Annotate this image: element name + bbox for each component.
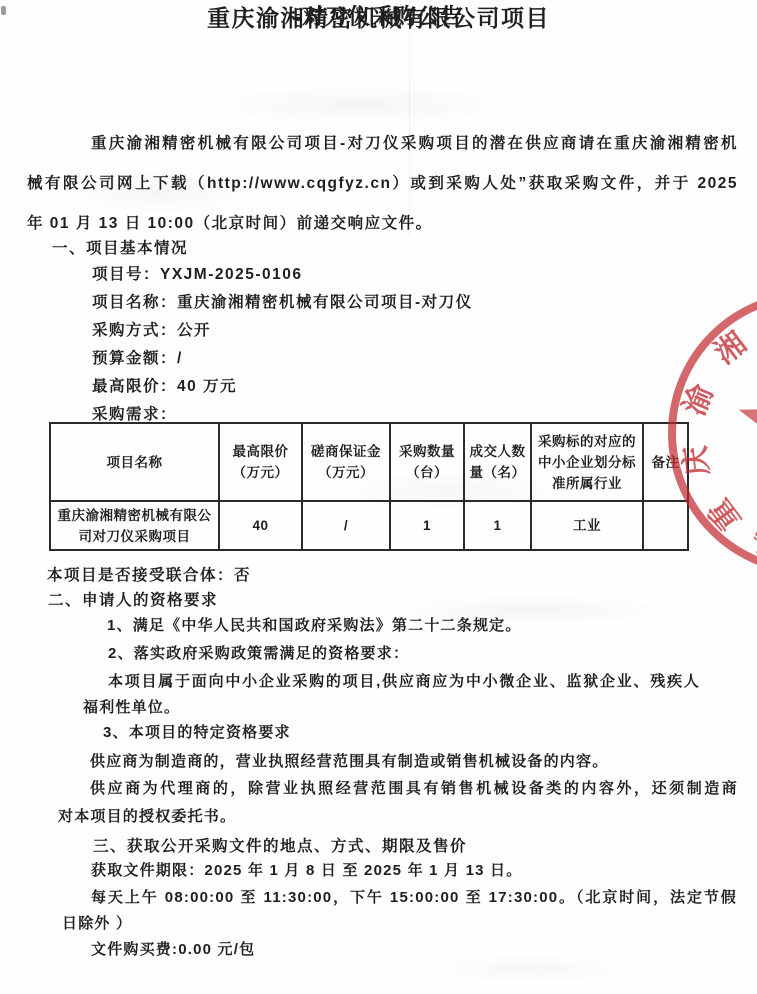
field-project-number: 项目号：YXJM-2025-0106	[92, 262, 303, 284]
col-header-remarks: 备注	[643, 423, 688, 501]
qualification-line: 3、本项目的特定资格要求	[103, 723, 291, 743]
intro-line-3: 年 01 月 13 日 10:00（北京时间）前递交响应文件。	[27, 213, 738, 235]
section-1-heading: 一、项目基本情况	[52, 236, 188, 258]
col-header-project-name: 项目名称	[50, 423, 219, 501]
seal-serial-number: 5001023	[751, 527, 757, 555]
col-header-deposit: 磋商保证金（万元）	[302, 423, 390, 501]
col-header-quantity: 采购数量（台）	[390, 423, 464, 501]
joint-venture-line: 本项目是否接受联合体：否	[47, 563, 251, 585]
cell-winner-count: 1	[464, 501, 531, 550]
intro-line-1: 重庆渝湘精密机械有限公司项目-对刀仪采购项目的潜在供应商请在重庆渝湘精密机	[27, 133, 738, 155]
scanned-document-page: 重庆渝湘精密机械有限公司项目 -对刀仪采购公告 重庆渝湘精密机械有限公司项目-对…	[0, 0, 757, 994]
field-project-name: 项目名称：重庆渝湘精密机械有限公司项目-对刀仪	[92, 290, 473, 312]
qualification-line: 对本项目的授权委托书。	[58, 807, 236, 827]
page-subtitle: -对刀仪采购公告	[0, 0, 757, 31]
qualification-line: 本项目属于面向中小企业采购的项目,供应商应为中小微企业、监狱企业、残疾人	[108, 672, 700, 692]
document-period-line: 获取文件期限：2025 年 1 月 8 日 至 2025 年 1 月 13 日。	[91, 861, 522, 881]
intro-line-2: 械有限公司网上下载（http://www.cqgfyz.cn）或到采购人处”获取…	[27, 173, 738, 195]
cell-deposit: /	[302, 501, 390, 550]
section-3-heading: 三、获取公开采购文件的地点、方式、期限及售价	[93, 834, 467, 856]
col-header-winner-count: 成交人数量（名）	[464, 423, 531, 501]
qualification-line: 2、落实政府采购政策需满足的资格要求：	[108, 644, 409, 664]
section-2-heading: 二、申请人的资格要求	[48, 588, 218, 610]
field-budget-amount: 预算金额：/	[92, 346, 183, 368]
field-max-price: 最高限价：40 万元	[92, 374, 237, 396]
col-header-industry: 采购标的对应的中小企业划分标准所属行业	[531, 423, 643, 501]
field-procurement-demand: 采购需求：	[92, 402, 177, 424]
scan-fold-line	[409, 0, 410, 235]
document-fee-line: 文件购买费:0.00 元/包	[91, 940, 255, 960]
cell-remarks	[643, 501, 688, 550]
col-header-max-price: 最高限价（万元）	[219, 423, 302, 501]
table-header-row: 项目名称 最高限价（万元） 磋商保证金（万元） 采购数量（台） 成交人数量（名）…	[50, 423, 688, 501]
table-row: 重庆渝湘精密机械有限公司对刀仪采购项目 40 / 1 1 工业	[50, 501, 688, 550]
cell-project-name: 重庆渝湘精密机械有限公司对刀仪采购项目	[50, 501, 219, 550]
scan-smudge	[420, 955, 640, 983]
qualification-line: 1、满足《中华人民共和国政府采购法》第二十二条规定。	[107, 616, 522, 636]
qualification-line: 供应商为制造商的，营业执照经营范围具有制造或销售机械设备的内容。	[90, 752, 608, 772]
scan-smudge	[200, 85, 520, 125]
field-procurement-method: 采购方式：公开	[92, 318, 211, 340]
procurement-table: 项目名称 最高限价（万元） 磋商保证金（万元） 采购数量（台） 成交人数量（名）…	[49, 422, 689, 551]
qualification-line: 供应商为代理商的，除营业执照经营范围具有销售机械设备类的内容外，还须制造商	[90, 779, 738, 799]
qualification-line: 福利性单位。	[83, 698, 180, 718]
seal-star-icon	[739, 358, 757, 494]
document-hours-line: 每天上午 08:00:00 至 11:30:00，下午 15:00:00 至 1…	[91, 888, 737, 908]
cell-quantity: 1	[390, 501, 464, 550]
cell-max-price: 40	[219, 501, 302, 550]
document-hours-line-wrap: 日除外 ）	[62, 914, 132, 934]
cell-industry: 工业	[531, 501, 643, 550]
